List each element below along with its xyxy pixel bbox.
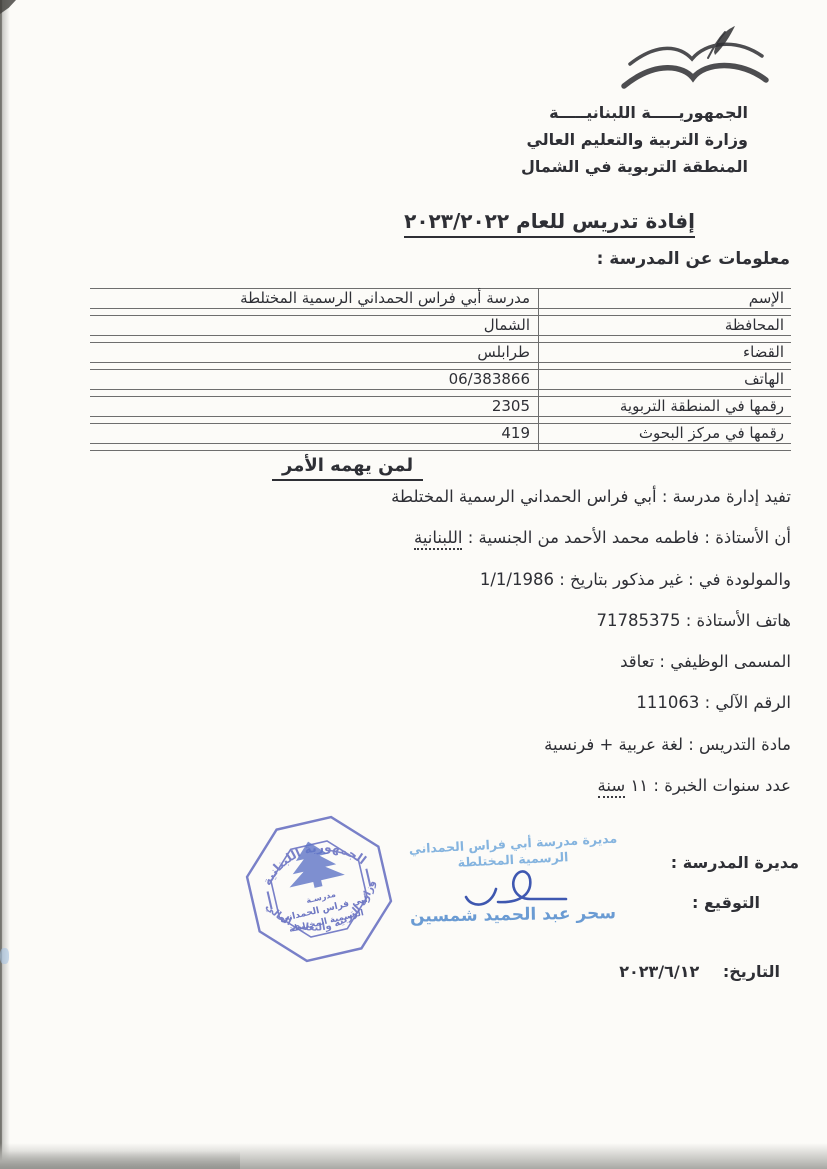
row-label: رقمها في المنطقة التربوية xyxy=(538,397,791,416)
table-row: الإسم مدرسة أبي فراس الحمداني الرسمية ال… xyxy=(90,289,791,309)
body-line-school: تفيد إدارة مدرسة : أبي فراس الحمداني الر… xyxy=(31,487,791,528)
row-value: الشمال xyxy=(90,316,538,335)
scan-blue-smudge xyxy=(0,948,9,964)
body-line-teacher: أن الأستاذة : فاطمه محمد الأحمد من الجنس… xyxy=(31,528,791,569)
row-label: الإسم xyxy=(538,289,791,308)
school-info-table: الإسم مدرسة أبي فراس الحمداني الرسمية ال… xyxy=(90,288,791,451)
open-book-logo-icon xyxy=(618,26,770,106)
table-row: رقمها في مركز البحوث 419 xyxy=(90,424,791,444)
experience-unit: سنة xyxy=(598,776,626,798)
signature-label: التوقيع : xyxy=(692,893,760,912)
table-row: الهاتف 06/383866 xyxy=(90,370,791,390)
row-value: 2305 xyxy=(90,397,538,416)
row-value: 419 xyxy=(90,424,538,443)
nationality-value: اللبنانية xyxy=(414,528,462,550)
body-line-job-title: المسمى الوظيفي : تعاقد xyxy=(31,652,791,693)
table-spacer-row xyxy=(90,363,791,370)
row-label: القضاء xyxy=(538,343,791,362)
row-value: طرابلس xyxy=(90,343,538,362)
teacher-name-text: أن الأستاذة : فاطمه محمد الأحمد من الجنس… xyxy=(462,528,791,547)
experience-text: عدد سنوات الخبرة : ١١ xyxy=(625,776,791,795)
table-spacer-row xyxy=(90,444,791,451)
table-row: القضاء طرابلس xyxy=(90,343,791,363)
concern-heading: لمن يهمه الأمر xyxy=(272,455,423,481)
scan-edge-left-line xyxy=(0,0,2,1169)
row-label: المحافظة xyxy=(538,316,791,335)
table-row: المحافظة الشمال xyxy=(90,316,791,336)
table-row: رقمها في المنطقة التربوية 2305 xyxy=(90,397,791,417)
principal-signature-block: مديرة مدرسة أبي فراس الحمداني الرسمية ال… xyxy=(388,836,638,925)
letterhead-ministry: وزارة التربية والتعليم العالي xyxy=(536,126,748,153)
letterhead: الجمهوريـــــة اللبنانيـــــة وزارة التر… xyxy=(536,99,748,180)
table-spacer-row xyxy=(90,417,791,424)
principal-name-text: سحر عبد الحميد شمسين xyxy=(388,903,638,927)
body-line-phone: هاتف الأستاذة : 71785375 xyxy=(31,611,791,652)
body-line-birth: والمولودة في : غير مذكور بتاريخ : 1/1/19… xyxy=(31,570,791,611)
certificate-body: تفيد إدارة مدرسة : أبي فراس الحمداني الر… xyxy=(31,487,791,817)
principal-label: مديرة المدرسة : xyxy=(671,853,799,872)
row-label: رقمها في مركز البحوث xyxy=(538,424,791,443)
table-spacer-row xyxy=(90,309,791,316)
school-info-heading: معلومات عن المدرسة : xyxy=(597,249,790,269)
table-spacer-row xyxy=(90,336,791,343)
date-label: التاريخ: xyxy=(723,962,780,981)
school-octagon-stamp: الجمهورية اللبنانية وزارة التربية والتعل… xyxy=(228,798,410,980)
document-title: إفادة تدريس للعام ٢٠٢٣/٢٠٢٢ xyxy=(404,209,695,238)
row-value: 06/383866 xyxy=(90,370,538,389)
body-line-auto-number: الرقم الآلي : 111063 xyxy=(31,693,791,734)
body-line-experience: عدد سنوات الخبرة : ١١ سنة xyxy=(31,776,791,817)
row-value: مدرسة أبي فراس الحمداني الرسمية المختلطة xyxy=(90,289,538,308)
row-label: الهاتف xyxy=(538,370,791,389)
table-spacer-row xyxy=(90,390,791,397)
date-value: ٢٠٢٣/٦/١٢ xyxy=(619,962,699,981)
scanned-teaching-certificate: الجمهوريـــــة اللبنانيـــــة وزارة التر… xyxy=(0,0,827,1169)
letterhead-region: المنطقة التربوية في الشمال xyxy=(536,153,748,180)
scan-edge-bottom-left xyxy=(0,1151,240,1169)
letterhead-republic: الجمهوريـــــة اللبنانيـــــة xyxy=(536,99,748,126)
body-line-subject: مادة التدريس : لغة عربية + فرنسية xyxy=(31,735,791,776)
date-row: التاريخ: ٢٠٢٣/٦/١٢ xyxy=(619,962,780,981)
